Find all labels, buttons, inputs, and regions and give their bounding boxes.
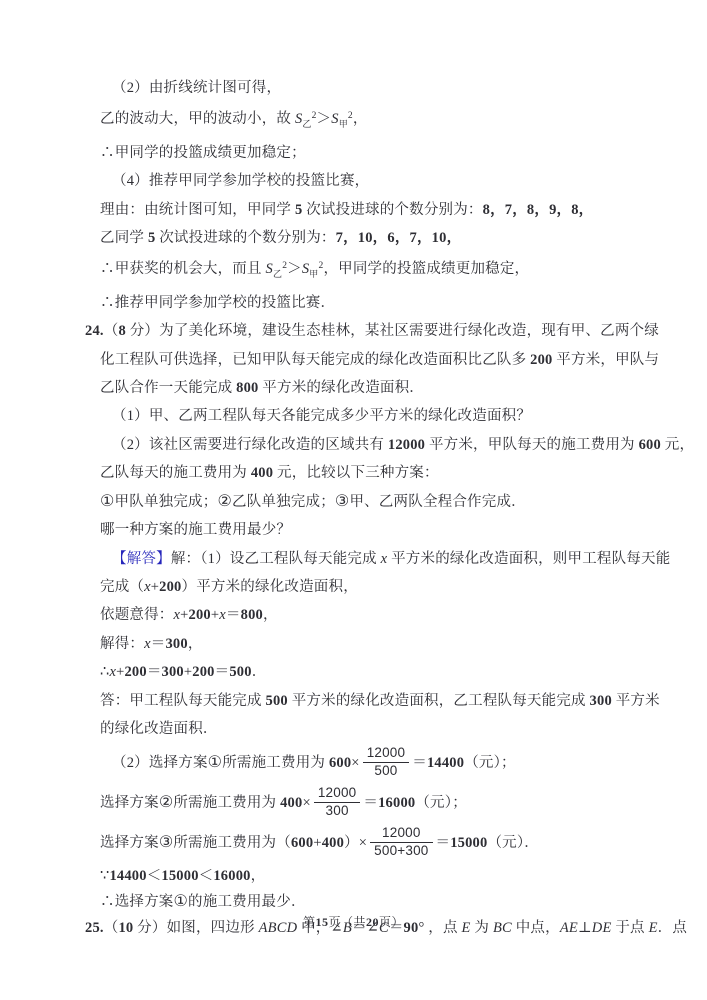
text-segment: ＝ — [226, 607, 241, 623]
text-segment: （4）推荐甲同学参加学校的投篮比赛， — [112, 173, 369, 189]
text-segment: 甲、乙两队全程合作完成． — [349, 494, 525, 510]
text-segment: ＜ — [199, 868, 214, 884]
text-segment: 14400 — [109, 868, 146, 884]
text-segment: ∴选择方案 — [100, 894, 174, 910]
text-segment: 7，10，6，7，10， — [336, 230, 462, 246]
text-segment: ＜ — [147, 868, 162, 884]
text-line: 乙的波动大，甲的波动小，故 S乙2＞S甲2， — [100, 102, 707, 138]
text-segment: S — [266, 261, 273, 277]
text-segment: 平方米 — [612, 693, 660, 709]
text-segment: S — [331, 111, 338, 127]
text-segment: × — [351, 755, 359, 771]
fraction-numerator: 12000 — [363, 745, 410, 761]
text-segment: ． — [252, 664, 267, 680]
text-segment: ， — [251, 868, 266, 884]
fraction: 12000500 — [363, 745, 410, 778]
text-segment: 甲 — [309, 269, 318, 279]
text-segment: + — [313, 835, 321, 851]
text-segment: 400 — [322, 835, 344, 851]
text-segment: 化工程队可供选择，已知甲队每天能完成的绿化改造面积比乙队多 — [100, 352, 530, 368]
text-segment: 解得： — [100, 636, 144, 652]
text-segment: 页） — [379, 915, 404, 929]
text-segment: （元）． — [487, 835, 539, 851]
text-segment: 600 — [291, 835, 313, 851]
text-segment: 400 — [280, 795, 302, 811]
text-line: 完成（x+200）平方米的绿化改造面积， — [100, 573, 707, 601]
circled-number: ② — [159, 794, 174, 811]
text-segment: ∴甲同学的投篮成绩更加稳定； — [100, 145, 306, 161]
text-segment: 所需施工费用为（ — [173, 835, 291, 851]
text-segment: ）× — [344, 835, 367, 851]
text-segment: ＝ — [363, 795, 378, 811]
text-segment: 20 — [366, 915, 379, 929]
text-segment: 600 — [639, 437, 661, 453]
text-segment: 依题意得： — [100, 607, 174, 623]
text-segment: 乙队合作一天能完成 — [100, 380, 236, 396]
text-segment: 答：甲工程队每天能完成 — [100, 693, 266, 709]
text-segment: 理由：由统计图可知，甲同学 — [100, 202, 295, 218]
text-segment: 200 — [530, 352, 552, 368]
text-segment: （1）甲、乙两工程队每天各能完成多少平方米的绿化改造面积？ — [112, 408, 531, 424]
text-segment: （2）该社区需要进行绿化改造的区域共有 — [112, 437, 388, 453]
text-segment: ＝ — [215, 664, 230, 680]
text-segment: + — [180, 607, 188, 623]
text-segment: 页（共 — [328, 915, 366, 929]
text-line: ∴甲同学的投篮成绩更加稳定； — [100, 139, 707, 167]
circled-number: ③ — [159, 834, 174, 851]
text-segment: 800 — [241, 607, 263, 623]
text-segment: 甲 — [339, 119, 348, 129]
text-segment: 分）为了美化环境，建设生态桂林，某社区需要进行绿化改造，现有甲、乙两个绿 — [126, 323, 659, 339]
text-segment: 乙 — [302, 119, 311, 129]
text-segment: 乙的波动大，甲的波动小，故 — [100, 111, 295, 127]
text-line: 哪一种方案的施工费用最少？ — [100, 516, 707, 544]
text-segment: （ — [104, 323, 119, 339]
text-segment: ＞ — [287, 261, 302, 277]
text-segment: 平方米的绿化改造面积． — [258, 380, 424, 396]
text-segment: 8 — [118, 323, 125, 339]
text-segment: ，甲同学的投篮成绩更加稳定， — [323, 261, 529, 277]
text-segment: ， — [263, 607, 278, 623]
text-segment: 所需施工费用为 — [173, 795, 280, 811]
text-segment: 完成（ — [100, 579, 144, 595]
text-segment: 乙队单独完成； — [232, 494, 335, 510]
document-page: （2）由折线统计图可得，乙的波动大，甲的波动小，故 S乙2＞S甲2，∴甲同学的投… — [0, 0, 707, 1000]
text-segment: 15000 — [450, 835, 487, 851]
text-line: ∴甲获奖的机会大，而且 S乙2＞S甲2，甲同学的投篮成绩更加稳定， — [100, 252, 707, 288]
text-line: 理由：由统计图可知，甲同学 5 次试投进球的个数分别为：8，7，8，9，8， — [100, 196, 707, 224]
answer-label: 【解答】 — [112, 551, 171, 567]
text-segment: 所需施工费用为 — [222, 755, 329, 771]
text-line: ∴选择方案①的施工费用最少． — [100, 889, 707, 915]
text-line: ∴推荐甲同学参加学校的投篮比赛． — [100, 289, 707, 317]
text-segment: 解：（1）设乙工程队每天能完成 — [171, 551, 381, 567]
text-segment: x — [144, 579, 151, 595]
text-line: （2）由折线统计图可得， — [112, 74, 707, 102]
text-segment: 200 — [124, 664, 146, 680]
circled-number: ① — [100, 493, 115, 510]
text-line: 24.（8 分）为了美化环境，建设生态桂林，某社区需要进行绿化改造，现有甲、乙两… — [85, 317, 707, 345]
text-segment: （2）选择方案 — [112, 755, 208, 771]
text-line: 乙同学 5 次试投进球的个数分别为：7，10，6，7，10， — [100, 224, 707, 252]
circled-number: ③ — [335, 493, 350, 510]
text-segment: 500 — [229, 664, 251, 680]
text-segment: 选择方案 — [100, 795, 159, 811]
text-segment: 600 — [329, 755, 351, 771]
text-segment: 300 — [162, 664, 184, 680]
text-segment: ）平方米的绿化改造面积， — [182, 579, 358, 595]
text-line: 选择方案②所需施工费用为 400×12000300＝16000（元）； — [100, 783, 707, 823]
text-segment: 甲队单独完成； — [115, 494, 218, 510]
text-segment: ＝ — [412, 755, 427, 771]
text-line: 选择方案③所需施工费用为（600+400）×12000500+300＝15000… — [100, 823, 707, 863]
text-line: ∴x+200＝300+200＝500． — [100, 658, 707, 686]
text-segment: 乙 — [273, 269, 282, 279]
text-segment: （2）由折线统计图可得， — [112, 80, 281, 96]
text-segment: 乙队每天的施工费用为 — [100, 465, 251, 481]
text-segment: 乙同学 — [100, 230, 148, 246]
text-segment: 次试投进球的个数分别为： — [155, 230, 335, 246]
circled-number: ② — [217, 493, 232, 510]
text-segment: ∴推荐甲同学参加学校的投篮比赛． — [100, 295, 335, 311]
text-segment: 200 — [189, 607, 211, 623]
text-segment: ， — [353, 111, 368, 127]
text-segment: 15000 — [161, 868, 198, 884]
text-segment: x — [219, 607, 226, 623]
text-line: 答：甲工程队每天能完成 500 平方米的绿化改造面积，乙工程队每天能完成 300… — [100, 687, 707, 715]
circled-number: ① — [208, 754, 223, 771]
text-segment: 24. — [85, 323, 104, 339]
text-segment: 的施工费用最少． — [188, 894, 306, 910]
page-footer: 第15页（共20页） — [0, 914, 707, 930]
text-line: 乙队合作一天能完成 800 平方米的绿化改造面积． — [100, 374, 707, 402]
text-line: ①甲队单独完成；②乙队单独完成；③甲、乙两队全程合作完成． — [100, 488, 707, 516]
text-segment: × — [302, 795, 310, 811]
fraction: 12000300 — [314, 785, 361, 818]
text-segment: 次试投进球的个数分别为： — [302, 202, 482, 218]
fraction: 12000500+300 — [370, 825, 432, 858]
text-segment: ＝ — [151, 636, 166, 652]
text-segment: 平方米，甲队与 — [552, 352, 659, 368]
text-line: 化工程队可供选择，已知甲队每天能完成的绿化改造面积比乙队多 200 平方米，甲队… — [100, 346, 707, 374]
text-segment: 16000 — [378, 795, 415, 811]
text-segment: 14400 — [427, 755, 464, 771]
text-segment: 元， — [661, 437, 694, 453]
text-segment: 元，比较以下三种方案： — [273, 465, 439, 481]
text-segment: 选择方案 — [100, 835, 159, 851]
text-segment: 平方米，甲队每天的施工费用为 — [425, 437, 638, 453]
text-line: （2）该社区需要进行绿化改造的区域共有 12000 平方米，甲队每天的施工费用为… — [112, 431, 707, 459]
text-segment: （元）； — [415, 795, 467, 811]
text-line: ∵14400＜15000＜16000， — [100, 863, 707, 889]
text-segment: x — [144, 636, 151, 652]
text-segment: 的绿化改造面积． — [100, 721, 218, 737]
text-line: （4）推荐甲同学参加学校的投篮比赛， — [112, 167, 707, 195]
text-segment: 15 — [315, 915, 328, 929]
text-segment: 500 — [266, 693, 288, 709]
text-line: （1）甲、乙两工程队每天各能完成多少平方米的绿化改造面积？ — [112, 402, 707, 430]
text-segment: 400 — [251, 465, 273, 481]
text-segment: 第 — [303, 915, 316, 929]
text-segment: 300 — [165, 636, 187, 652]
text-segment: 200 — [192, 664, 214, 680]
document-content: （2）由折线统计图可得，乙的波动大，甲的波动小，故 S乙2＞S甲2，∴甲同学的投… — [0, 74, 707, 941]
text-line: 依题意得：x+200+x＝800， — [100, 601, 707, 629]
text-line: 【解答】解：（1）设乙工程队每天能完成 x 平方米的绿化改造面积，则甲工程队每天… — [112, 545, 707, 573]
text-line: 的绿化改造面积． — [100, 715, 707, 743]
text-line: 乙队每天的施工费用为 400 元，比较以下三种方案： — [100, 459, 707, 487]
text-segment: 平方米的绿化改造面积，则甲工程队每天能 — [387, 551, 670, 567]
fraction-denominator: 500+300 — [370, 842, 432, 859]
text-segment: 16000 — [213, 868, 250, 884]
text-segment: 8，7，8，9，8， — [483, 202, 594, 218]
text-segment: ＝ — [436, 835, 451, 851]
circled-number: ① — [174, 893, 189, 910]
text-segment: ∴甲获奖的机会大，而且 — [100, 261, 266, 277]
text-line: 解得：x＝300， — [100, 630, 707, 658]
text-segment: + — [151, 579, 159, 595]
fraction-denominator: 300 — [314, 802, 361, 819]
text-segment: ＞ — [317, 111, 332, 127]
text-segment: ＝ — [147, 664, 162, 680]
text-segment: ， — [188, 636, 203, 652]
text-segment: 800 — [236, 380, 258, 396]
text-segment: （元）； — [464, 755, 516, 771]
text-segment: 300 — [590, 693, 612, 709]
text-segment: 哪一种方案的施工费用最少？ — [100, 522, 291, 538]
text-segment: 平方米的绿化改造面积，乙工程队每天能完成 — [288, 693, 590, 709]
text-segment: 200 — [159, 579, 181, 595]
fraction-numerator: 12000 — [370, 825, 432, 841]
fraction-numerator: 12000 — [314, 785, 361, 801]
fraction-denominator: 500 — [363, 762, 410, 779]
text-segment: 12000 — [388, 437, 425, 453]
text-line: （2）选择方案①所需施工费用为 600×12000500＝14400（元）； — [112, 743, 707, 783]
